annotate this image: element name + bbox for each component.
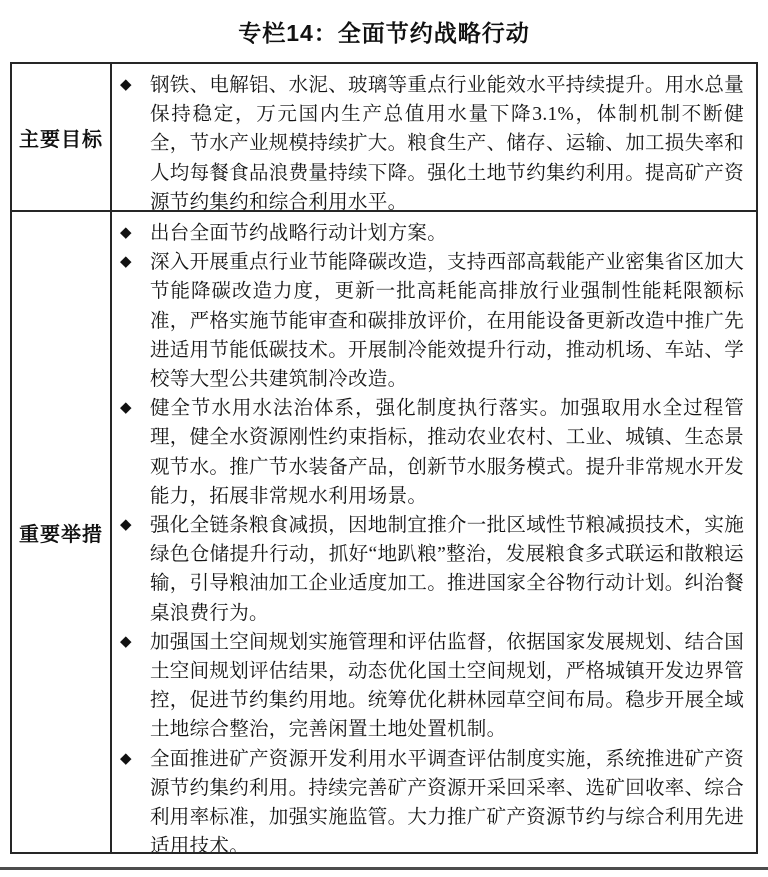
diamond-bullet-icon: ◆ — [116, 71, 150, 100]
table-row-measures: 重要举措 ◆ 出台全面节约战略行动计划方案。 ◆ 深入开展重点行业节能降碳改造，… — [12, 210, 756, 852]
list-item: ◆ 深入开展重点行业节能降碳改造，支持西部高载能产业密集省区加大节能降碳改造力度… — [116, 248, 744, 394]
column-box-table: 主要目标 ◆ 钢铁、电解铝、水泥、玻璃等重点行业能效水平持续提升。用水总量保持稳… — [10, 62, 758, 854]
measures-bullet-text-4: 强化全链条粮食减损，因地制宜推介一批区域性节粮减损技术，实施绿色仓储提升行动，抓… — [150, 511, 744, 628]
diamond-bullet-icon: ◆ — [116, 248, 150, 277]
goals-bullet-text: 钢铁、电解铝、水泥、玻璃等重点行业能效水平持续提升。用水总量保持稳定，万元国内生… — [150, 71, 744, 210]
goals-content-cell: ◆ 钢铁、电解铝、水泥、玻璃等重点行业能效水平持续提升。用水总量保持稳定，万元国… — [112, 64, 756, 210]
page-bottom-rule — [0, 867, 768, 870]
list-item: ◆ 钢铁、电解铝、水泥、玻璃等重点行业能效水平持续提升。用水总量保持稳定，万元国… — [116, 71, 744, 210]
list-item: ◆ 强化全链条粮食减损，因地制宜推介一批区域性节粮减损技术，实施绿色仓储提升行动… — [116, 511, 744, 628]
page-title: 专栏14：全面节约战略行动 — [0, 15, 768, 48]
measures-bullet-text-5: 加强国土空间规划实施管理和评估监督，依据国家发展规划、结合国土空间规划评估结果，… — [150, 628, 744, 745]
diamond-bullet-icon: ◆ — [116, 628, 150, 657]
row-header-main-goals: 主要目标 — [12, 64, 112, 210]
measures-bullet-text-1: 出台全面节约战略行动计划方案。 — [150, 219, 744, 248]
diamond-bullet-icon: ◆ — [116, 745, 150, 774]
measures-bullet-text-3: 健全节水用水法治体系，强化制度执行落实。加强取用水全过程管理，健全水资源刚性约束… — [150, 394, 744, 511]
list-item: ◆ 健全节水用水法治体系，强化制度执行落实。加强取用水全过程管理，健全水资源刚性… — [116, 394, 744, 511]
list-item: ◆ 全面推进矿产资源开发利用水平调查评估制度实施，系统推进矿产资源节约集约利用。… — [116, 745, 744, 852]
measures-content-cell: ◆ 出台全面节约战略行动计划方案。 ◆ 深入开展重点行业节能降碳改造，支持西部高… — [112, 212, 756, 852]
diamond-bullet-icon: ◆ — [116, 394, 150, 423]
row-header-key-measures: 重要举措 — [12, 212, 112, 852]
diamond-bullet-icon: ◆ — [116, 219, 150, 248]
measures-bullet-text-2: 深入开展重点行业节能降碳改造，支持西部高载能产业密集省区加大节能降碳改造力度，更… — [150, 248, 744, 394]
list-item: ◆ 加强国土空间规划实施管理和评估监督，依据国家发展规划、结合国土空间规划评估结… — [116, 628, 744, 745]
list-item: ◆ 出台全面节约战略行动计划方案。 — [116, 219, 744, 248]
table-row-goals: 主要目标 ◆ 钢铁、电解铝、水泥、玻璃等重点行业能效水平持续提升。用水总量保持稳… — [12, 64, 756, 210]
diamond-bullet-icon: ◆ — [116, 511, 150, 540]
measures-bullet-text-6: 全面推进矿产资源开发利用水平调查评估制度实施，系统推进矿产资源节约集约利用。持续… — [150, 745, 744, 852]
